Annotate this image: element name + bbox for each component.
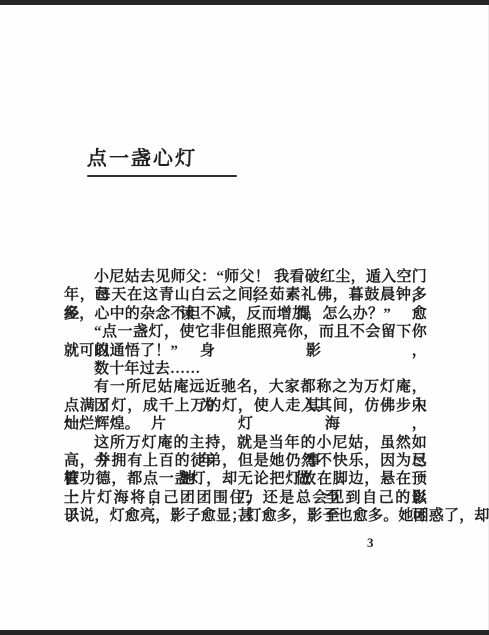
text-line: 有一所尼姑庵远近驰名，大家都称之为万灯庵，因为其中	[64, 378, 427, 396]
title-underline	[87, 175, 237, 177]
text-line: 桩功德，都点一盏灯，却无论把灯放在脚边，悬在顶上，乃至以	[64, 470, 427, 488]
text-line: 这所万灯庵的主持，就是当年的小尼姑，虽然如今年事已	[64, 434, 427, 452]
text-line: “点一盏灯，使它非但能照亮你，而且不会留下你的身影，	[64, 323, 427, 341]
chapter-title: 点一盏心灯	[87, 147, 238, 171]
text-line: 高，并拥有上百的徒弟，但是她仍然不快乐，因为尽管她做一	[64, 452, 427, 470]
scan-edge-bottom	[0, 630, 489, 635]
text-line: 一片灯海将自己团团围住，还是总会见到自己的影子，甚至可	[64, 489, 427, 507]
book-page: 点一盏心灯 小尼姑去见师父：“师父！ 我看破红尘，遁入空门已经多 年，每天在这青…	[0, 0, 489, 635]
text-line: 以说，灯愈亮，影子愈显；灯愈多，影子也愈多。她困惑了，却	[64, 507, 427, 525]
scan-edge-top	[0, 0, 489, 5]
text-line: 数十年过去……	[64, 360, 427, 378]
text-line: 多，心中的杂念不但不减，反而增加，怎么办？”	[64, 305, 427, 323]
chapter-title-block: 点一盏心灯	[87, 147, 237, 177]
text-line: 小尼姑去见师父：“师父！ 我看破红尘，遁入空门已经多	[64, 268, 427, 286]
text-line: 点满了灯，成千上万的灯，使人走入其间，仿佛步入一片灯海，	[64, 397, 427, 415]
page-number: 3	[367, 535, 374, 551]
body-text: 小尼姑去见师父：“师父！ 我看破红尘，遁入空门已经多 年，每天在这青山白云之间，…	[64, 268, 427, 525]
text-line: 年，每天在这青山白云之间，茹素礼佛，暮鼓晨钟，经读得愈	[64, 286, 427, 304]
